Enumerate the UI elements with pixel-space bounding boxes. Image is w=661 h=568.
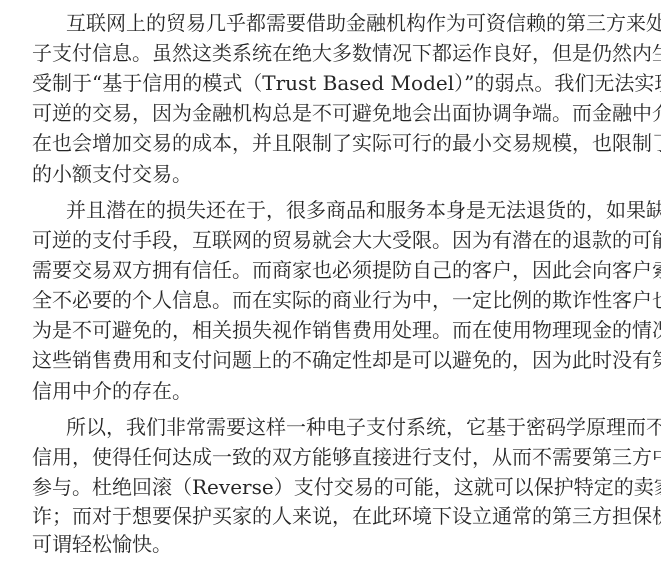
text-line: 可逆的支付手段，互联网的贸易就会大大受限。因为有潜在的退款的可能，就 <box>32 225 629 255</box>
text-line: 所以，我们非常需要这样一种电子支付系统，它基于密码学原理而不基于 <box>66 412 629 442</box>
text-line: 为是不可避免的，相关损失视作销售费用处理。而在使用物理现金的情况下， <box>32 315 629 345</box>
text-line: 子支付信息。虽然这类系统在绝大多数情况下都运作良好，但是仍然内生性地 <box>32 38 629 68</box>
text-line: 参与。杜绝回滚（Reverse）支付交易的可能，这就可以保护特定的卖家免于欺 <box>32 472 629 502</box>
text-line: 需要交易双方拥有信任。而商家也必须提防自己的客户，因此会向客户索取完 <box>32 255 629 285</box>
text-line: 可谓轻松愉快。 <box>32 529 629 559</box>
text-line: 可逆的交易，因为金融机构总是不可避免地会出面协调争端。而金融中介的存 <box>32 98 629 128</box>
text-line: 信用中介的存在。 <box>32 376 629 406</box>
text-line: 互联网上的贸易几乎都需要借助金融机构作为可资信赖的第三方来处理电 <box>66 8 629 38</box>
text-line: 信用，使得任何达成一致的双方能够直接进行支付，从而不需要第三方中介的 <box>32 442 629 472</box>
text-line: 并且潜在的损失还在于，很多商品和服务本身是无法退货的，如果缺乏不 <box>66 195 629 225</box>
text-line: 诈；而对于想要保护买家的人来说，在此环境下设立通常的第三方担保机制也 <box>32 501 629 531</box>
text-line: 这些销售费用和支付问题上的不确定性却是可以避免的，因为此时没有第三方 <box>32 345 629 375</box>
text-line: 受制于“基于信用的模式（Trust Based Model）”的弱点。我们无法实… <box>32 68 629 98</box>
text-line: 全不必要的个人信息。而在实际的商业行为中，一定比例的欺诈性客户也被认 <box>32 285 629 315</box>
text-line: 在也会增加交易的成本，并且限制了实际可行的最小交易规模，也限制了日常 <box>32 128 629 158</box>
text-line: 的小额支付交易。 <box>32 159 629 189</box>
